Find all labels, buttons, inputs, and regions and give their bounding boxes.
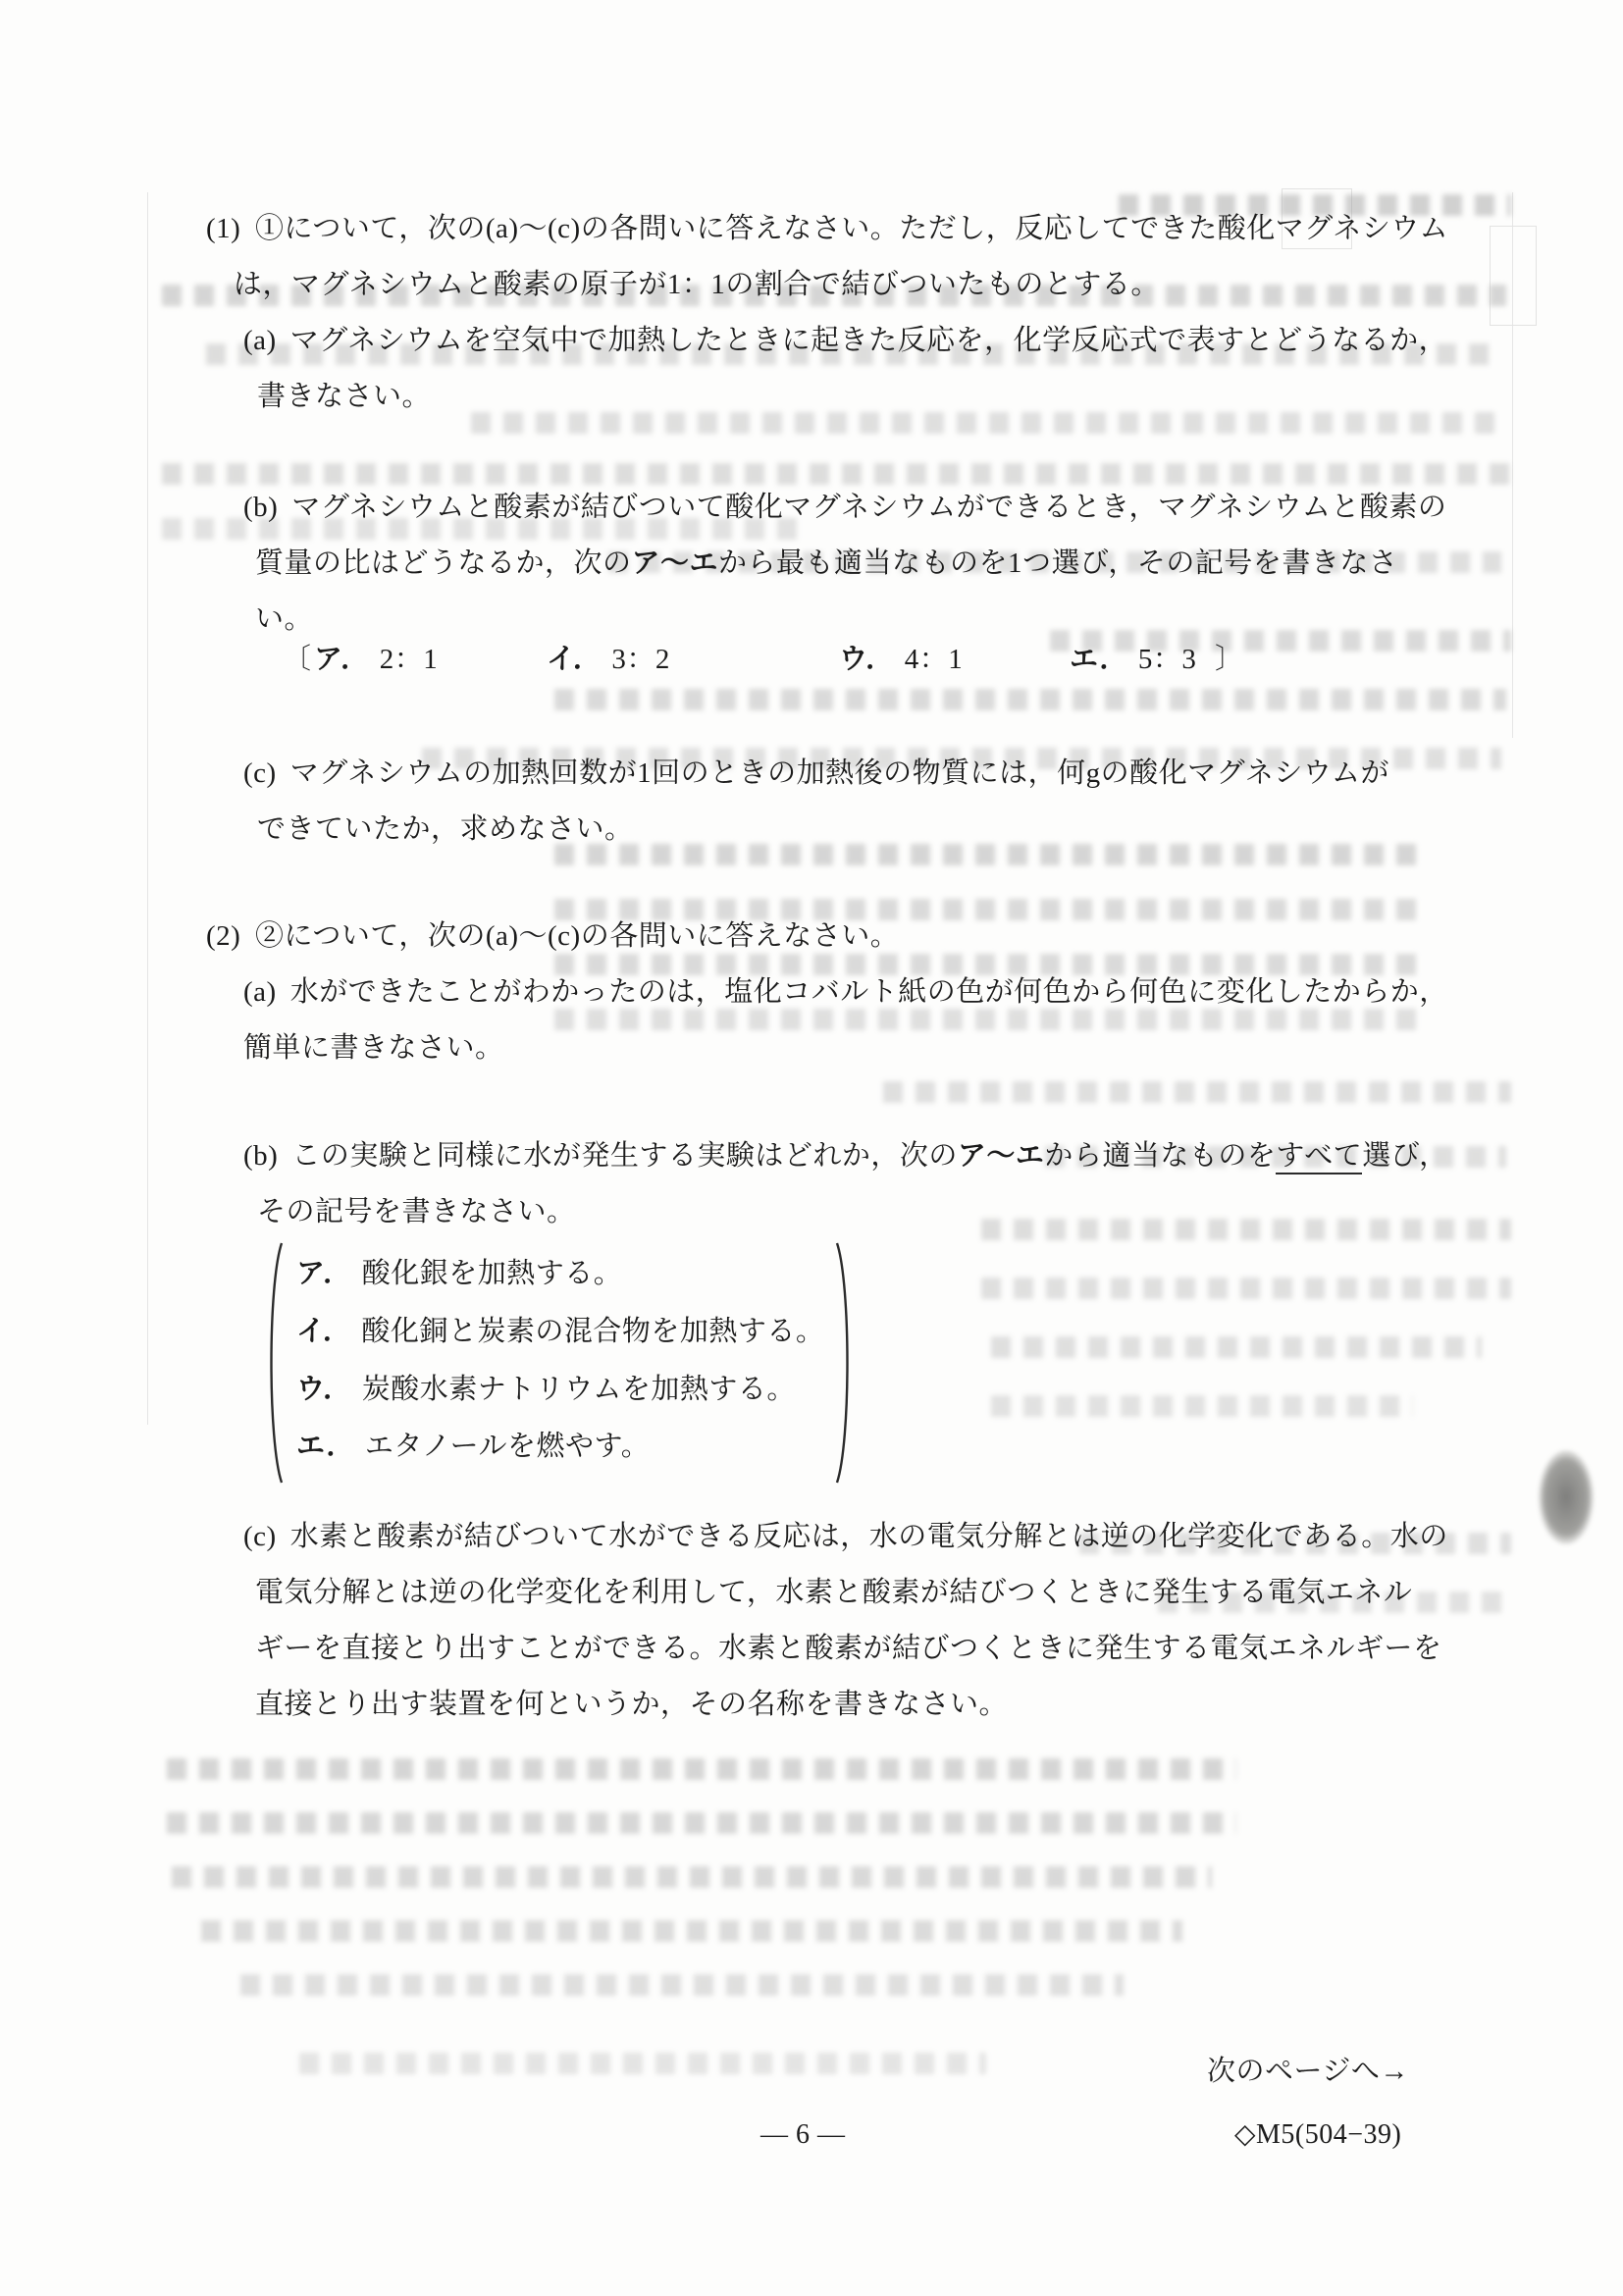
scan-bleed-artifact [991,1395,1413,1417]
choices-bracket-close: 〕 [1215,642,1244,677]
scan-bleed-artifact [883,1081,1511,1103]
choices-bracket-open: 〔 [283,642,312,677]
q2-sub-a: (a)水ができたことがわかったのは，塩化コバルト紙の色が何色から何色に変化したか… [243,974,1448,1010]
q2-sub-b-line1-post: 選び， [1362,1140,1447,1172]
question-1-intro-line-2: は，マグネシウムと酸素の原子が1：1の割合で結びついたものとする。 [234,267,1160,302]
option-item-a: ア．酸化銀を加熱する。 [296,1256,622,1291]
choice-i: イ．3：2 [547,642,670,677]
scan-bleed-artifact [299,2053,986,2074]
option-item-u: ウ．炭酸水素ナトリウムを加熱する。 [296,1372,796,1407]
document-code: ◇M5(504−39) [1234,2117,1401,2152]
q1-sub-b-line2-option-range: ア～エ [632,548,719,579]
q2-sub-a-text-line-1: 水ができたことがわかったのは，塩化コバルト紙の色が何色から何色に変化したからか， [290,976,1448,1008]
q1-sub-b: (b)マグネシウムと酸素が結びついて酸化マグネシウムができるとき，マグネシウムと… [243,490,1446,525]
option-item-e-label: エ． [296,1431,355,1462]
option-item-i-text: 酸化銅と炭素の混合物を加熱する。 [361,1316,824,1347]
scan-smudge [1539,1450,1594,1544]
option-item-u-label: ウ． [296,1374,352,1405]
scan-bleed-artifact [201,1920,1182,1942]
option-item-i-label: イ． [296,1316,351,1347]
q2-sub-b-underlined-word: すべて [1276,1140,1362,1174]
choice-i-text: 3：2 [611,644,670,675]
scan-bleed-artifact [554,899,1428,920]
q1-sub-b-line2-pre: 質量の比はどうなるか，次の [255,548,632,579]
q1-sub-b-text-line-2: 質量の比はどうなるか，次のア～エから最も適当なものを1つ選び，その記号を書きなさ [255,546,1397,581]
q2-sub-c-label: (c) [243,1521,277,1552]
q1-sub-b-line2-post: から最も適当なものを1つ選び，その記号を書きなさ [718,548,1397,579]
q1-sub-a-text-line-2: 書きなさい。 [257,379,431,414]
scan-bleed-artifact [471,412,1501,434]
option-item-e: エ．エタノールを燃やす。 [296,1429,650,1464]
scan-bleed-box [1490,226,1537,326]
q2-sub-c-text-line-2: 電気分解とは逆の化学変化を利用して，水素と酸素が結びつくときに発生する電気エネル [255,1575,1412,1610]
q2-sub-a-text-line-2: 簡単に書きなさい。 [243,1030,504,1066]
q1-sub-c-label: (c) [243,757,277,789]
q2-sub-b-option-range: ア～エ [958,1140,1045,1172]
scan-bleed-artifact [162,463,1516,485]
choice-a-text: 2：1 [380,644,439,675]
q1-sub-b-text-line-3: い。 [255,601,313,637]
scan-bleed-artifact [991,1336,1482,1358]
choice-u: ウ．4：1 [839,642,963,677]
scan-bleed-artifact [554,1009,1428,1030]
page-number: — 6 — [760,2117,846,2152]
q1-sub-a: (a)マグネシウムを空気中で加熱したときに起きた反応を，化学反応式で表すとどうな… [243,323,1447,358]
q1-sub-c: (c)マグネシウムの加熱回数が1回のときの加熱後の物質には，何gの酸化マグネシウ… [243,756,1389,791]
q2-sub-b-line1-mid: から適当なものを [1044,1140,1276,1172]
choice-u-text: 4：1 [905,644,964,675]
list-bracket-left [261,1240,287,1486]
choice-u-label: ウ． [839,644,895,675]
q2-sub-c-text-line-1: 水素と酸素が結びついて水ができる反応は，水の電気分解とは逆の化学変化である。水の [290,1521,1448,1552]
q1-sub-a-text-line-1: マグネシウムを空気中で加熱したときに起きた反応を，化学反応式で表すとどうなるか， [290,325,1447,356]
q2-sub-b-text-line-2: その記号を書きなさい。 [257,1194,576,1229]
q2-sub-c: (c)水素と酸素が結びついて水ができる反応は，水の電気分解とは逆の化学変化である… [243,1519,1448,1554]
q1-sub-b-label: (b) [243,492,278,523]
question-1-number: (1) [206,211,240,246]
choice-i-label: イ． [547,644,602,675]
scan-bleed-artifact [981,1219,1511,1240]
scan-bleed-artifact [981,1278,1511,1299]
q2-sub-c-text-line-3: ギーを直接とり出すことができる。水素と酸素が結びつくときに発生する電気エネルギー… [255,1631,1442,1666]
list-bracket-right [832,1240,858,1486]
q2-sub-b: (b)この実験と同様に水が発生する実験はどれか，次のア～エから適当なものをすべて… [243,1138,1448,1174]
next-page-note: 次のページへ→ [1207,2054,1409,2089]
option-item-i: イ．酸化銅と炭素の混合物を加熱する。 [296,1314,824,1349]
q1-sub-a-label: (a) [243,325,277,356]
q1-sub-c-text-line-2: できていたか，求めなさい。 [257,811,634,847]
q2-sub-a-label: (a) [243,976,277,1008]
choice-e-text: 5：3 [1138,644,1197,675]
choice-e: エ．5：3 [1070,642,1196,677]
choice-e-label: エ． [1070,644,1128,675]
option-item-u-text: 炭酸水素ナトリウムを加熱する。 [362,1374,796,1405]
q1-sub-c-text-line-1: マグネシウムの加熱回数が1回のときの加熱後の物質には，何gの酸化マグネシウムが [290,757,1389,789]
scan-bleed-artifact [554,844,1428,865]
question-1-intro-line-1: ①について，次の(a)～(c)の各問いに答えなさい。ただし，反応してできた酸化マ… [255,211,1448,246]
scan-bleed-artifact [554,689,1506,710]
scan-bleed-artifact [167,1812,1236,1834]
q2-sub-c-text-line-4: 直接とり出す装置を何というか，その名称を書きなさい。 [255,1687,1008,1722]
option-item-a-label: ア． [296,1258,352,1289]
q2-sub-b-label: (b) [243,1140,278,1172]
scan-bleed-artifact [554,954,1428,975]
option-item-e-text: エタノールを燃やす。 [365,1431,650,1462]
exam-page-scan: (1) ①について，次の(a)～(c)の各問いに答えなさい。ただし，反応してでき… [0,0,1623,2296]
question-2-intro: ②について，次の(a)～(c)の各問いに答えなさい。 [255,918,899,954]
question-2-number: (2) [206,918,240,954]
scan-bleed-artifact [167,1758,1236,1780]
choice-a: ア．2：1 [314,642,438,677]
scan-bleed-artifact [172,1866,1212,1888]
scan-bleed-artifact [240,1974,1124,1996]
q1-sub-b-text-line-1: マグネシウムと酸素が結びついて酸化マグネシウムができるとき，マグネシウムと酸素の [291,492,1446,523]
option-item-a-text: 酸化銀を加熱する。 [362,1258,623,1289]
q2-sub-b-line1-pre: この実験と同様に水が発生する実験はどれか，次の [291,1140,958,1172]
choice-a-label: ア． [314,644,370,675]
scan-bleed-box-edge [147,192,148,1425]
